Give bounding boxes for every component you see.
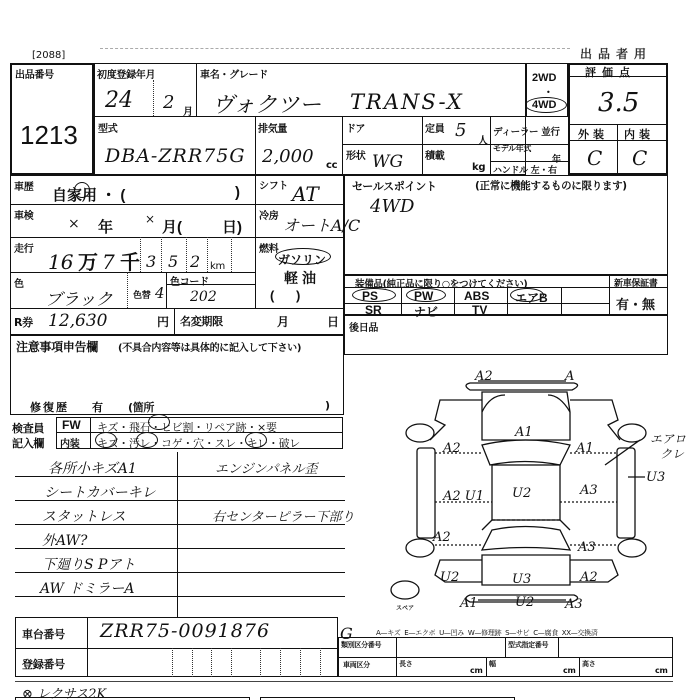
width-unit: cm [563,666,575,675]
divider [172,648,173,677]
damage-mark: A1 [460,596,478,611]
divider [579,657,580,677]
registration-label: 登録番号 [22,656,65,672]
class-label-1: 類別区分番号 [341,640,381,650]
damage-mark: A2 [443,441,461,456]
divider [558,637,559,657]
divider [192,648,193,677]
divider [300,648,301,677]
divider [211,648,212,677]
length-label: 長さ [399,659,412,669]
damage-mark: U2 [440,570,459,585]
damage-mark: A1 [515,425,533,440]
damage-mark: A2 [475,369,493,384]
rule [15,681,673,682]
car-diagram [0,0,700,700]
damage-mark: A2 [433,530,451,545]
length-unit: cm [470,666,482,675]
divider [260,648,261,677]
width-label: 幅 [489,659,496,669]
damage-mark: A1 [576,441,594,456]
divider [320,648,321,677]
damage-mark: A3 [578,540,596,555]
divider [396,637,397,677]
damage-mark: U3 [646,470,665,485]
divider [231,648,232,677]
chassis-value: ZRR75-0091876 [100,620,270,642]
divider [338,657,673,658]
damage-mark: A2 U1 [443,489,484,504]
height-unit: cm [655,666,667,675]
spare-label: スペア [396,603,414,612]
divider [15,648,338,649]
damage-mark: A3 [565,597,583,612]
divider [87,617,88,677]
class-label-3: 車両区分 [343,660,370,670]
divider [280,648,281,677]
height-label: 高さ [582,659,595,669]
damage-mark: U2 [512,486,531,501]
damage-mark: A2 [580,570,598,585]
divider [505,637,506,657]
divider [486,657,487,677]
class-label-2: 型式指定番号 [508,640,548,650]
damage-note: クレ [660,445,684,462]
damage-mark: A [565,369,574,384]
damage-mark: U3 [512,572,531,587]
chassis-label: 車台番号 [22,626,65,642]
damage-mark: A3 [580,483,598,498]
damage-mark: U2 [515,595,534,610]
